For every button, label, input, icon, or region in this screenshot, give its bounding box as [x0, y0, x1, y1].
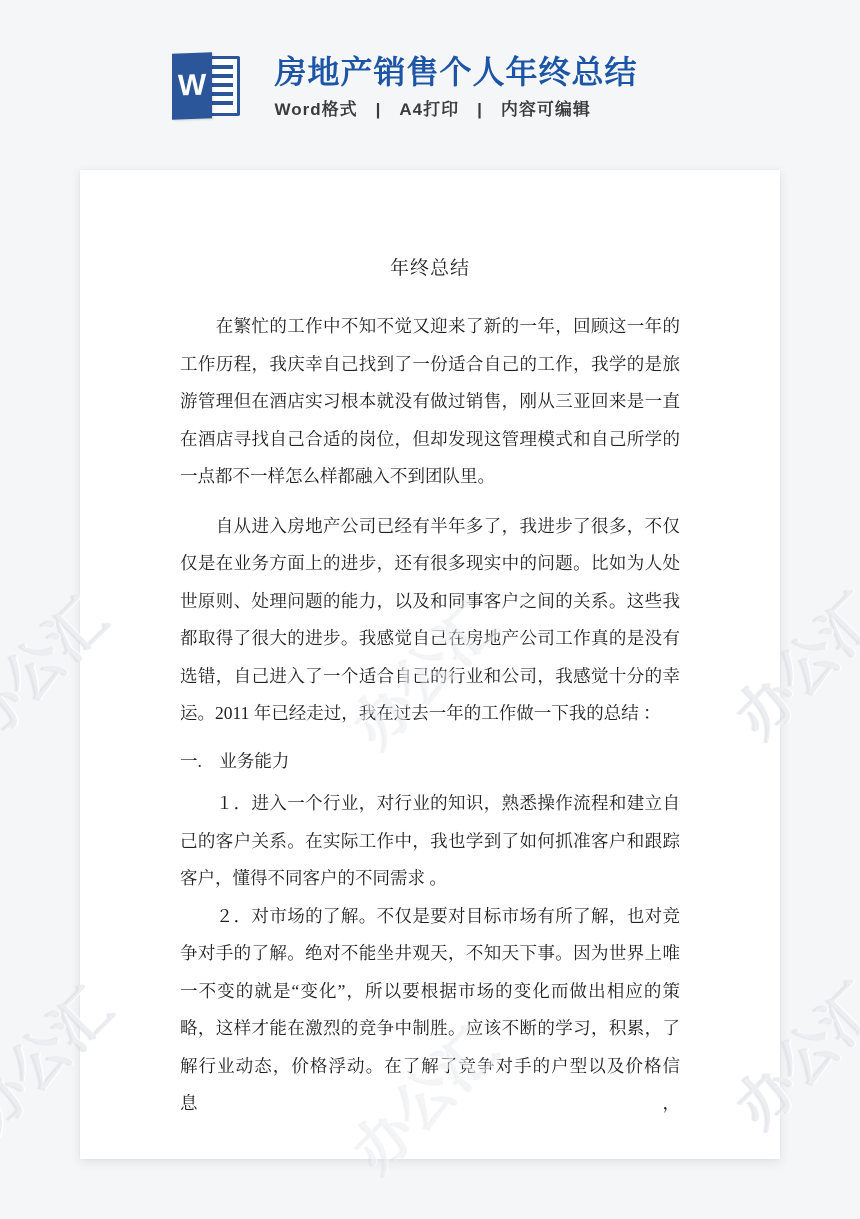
- word-icon-letter: W: [178, 71, 206, 102]
- doc-line: ２．对市场的了解。不仅是要对目标市场有所了解，也对竞: [180, 898, 680, 936]
- doc-line: 略，这样才能在激烈的竞争中制胜。应该不断的学习，积累，了: [180, 1010, 680, 1048]
- section-heading: 一. 业务能力: [180, 743, 680, 781]
- page-header: W 房地产销售个人年终总结 Word格式 | A4打印 | 内容可编辑: [0, 50, 832, 122]
- doc-line: 世原则、处理问题的能力，以及和同事客户之间的关系。这些我: [180, 583, 680, 621]
- document-page: 年终总结 在繁忙的工作中不知不觉又迎来了新的一年，回顾这一年的 工作历程，我庆幸…: [80, 170, 780, 1159]
- paragraph: 在繁忙的工作中不知不觉又迎来了新的一年，回顾这一年的 工作历程，我庆幸自己找到了…: [180, 308, 680, 496]
- document-title: 房地产销售个人年终总结: [274, 50, 637, 94]
- doc-heading-line: 一. 业务能力: [180, 743, 680, 781]
- doc-line: 争对手的了解。绝对不能坐井观天，不知天下事。因为世界上唯: [180, 935, 680, 973]
- doc-line: 在酒店寻找自己合适的岗位，但却发现这管理模式和自己所学的: [180, 421, 680, 459]
- paragraph: １．进入一个行业，对行业的知识，熟悉操作流程和建立自 己的客户关系。在实际工作中…: [180, 785, 680, 898]
- doc-line: 一不变的就是“变化”，所以要根据市场的变化而做出相应的策: [180, 973, 680, 1011]
- doc-line: 己的客户关系。在实际工作中，我也学到了如何抓准客户和跟踪: [180, 823, 680, 861]
- doc-line: 选错，自己进入了一个适合自己的行业和公司，我感觉十分的幸: [180, 658, 680, 696]
- doc-line: 仅是在业务方面上的进步，还有很多现实中的问题。比如为人处: [180, 545, 680, 583]
- paragraph: ２．对市场的了解。不仅是要对目标市场有所了解，也对竞 争对手的了解。绝对不能坐井…: [180, 898, 680, 1086]
- header-text: 房地产销售个人年终总结 Word格式 | A4打印 | 内容可编辑: [274, 50, 637, 122]
- doc-line: 在繁忙的工作中不知不觉又迎来了新的一年，回顾这一年的: [180, 308, 680, 346]
- word-icon-panel: W: [172, 52, 212, 119]
- doc-line: 工作历程，我庆幸自己找到了一份适合自己的工作，我学的是旅: [180, 346, 680, 384]
- doc-line: 自从进入房地产公司已经有半年多了，我进步了很多，不仅: [180, 508, 680, 546]
- doc-line: １．进入一个行业，对行业的知识，熟悉操作流程和建立自: [180, 785, 680, 823]
- doc-line: 都取得了很大的进步。我感觉自己在房地产公司工作真的是没有: [180, 620, 680, 658]
- doc-line: 客户，懂得不同客户的不同需求 。: [180, 860, 680, 898]
- word-file-icon: W: [166, 53, 242, 119]
- doc-line: 运。2011 年已经走过，我在过去一年的工作做一下我的总结 ：: [180, 695, 680, 733]
- doc-line: 一点都不一样怎么样都融入不到团队里。: [180, 458, 680, 496]
- document-format-info: Word格式 | A4打印 | 内容可编辑: [274, 98, 637, 122]
- doc-line: 游管理但在酒店实习根本就没有做过销售，刚从三亚回来是一直: [180, 383, 680, 421]
- paragraph: 自从进入房地产公司已经有半年多了，我进步了很多，不仅 仅是在业务方面上的进步，还…: [180, 508, 680, 733]
- doc-page-title: 年终总结: [180, 170, 680, 284]
- doc-line: 解行业动态，价格浮动。在了解了竞争对手的户型以及价格信息，: [180, 1048, 680, 1086]
